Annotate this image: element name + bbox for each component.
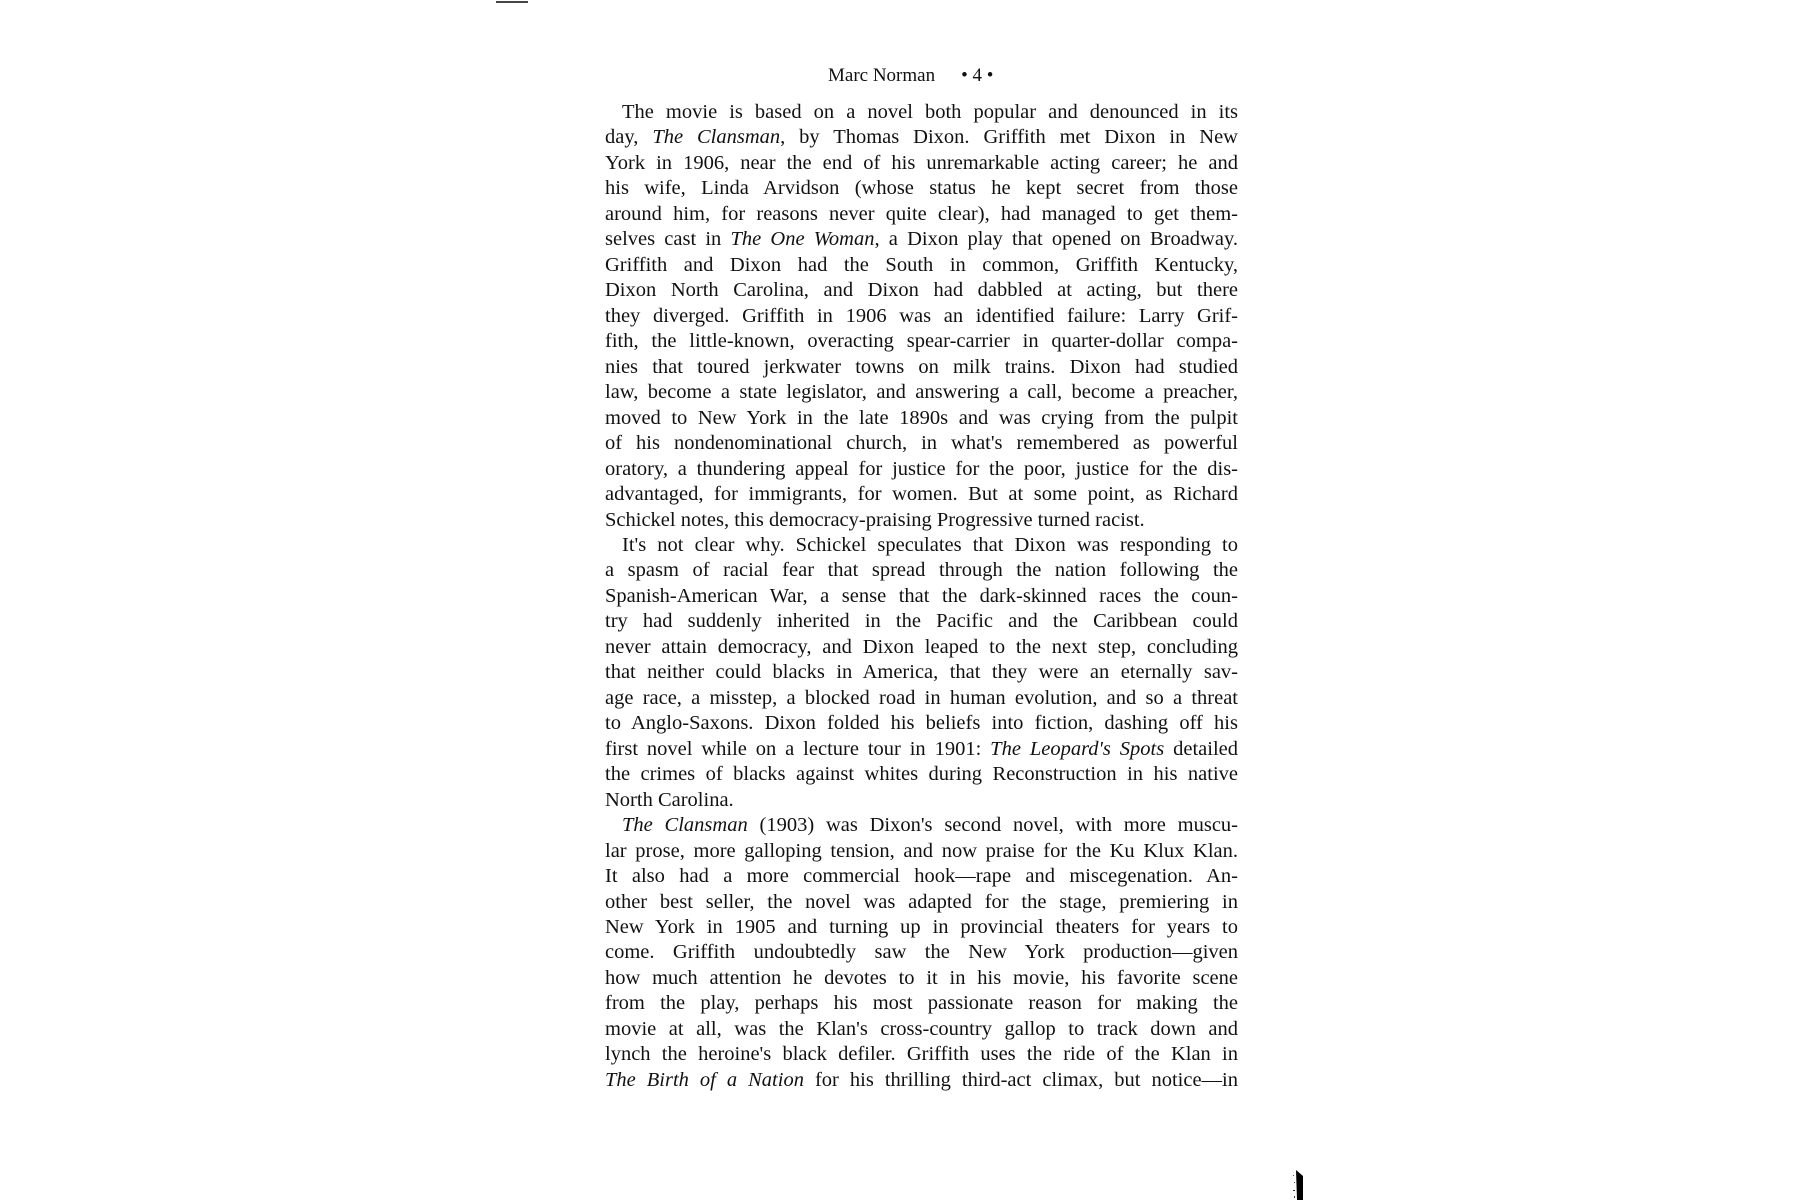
text-line: The movie is based on a novel both popul… xyxy=(605,100,1238,125)
text-run: detailed xyxy=(1164,738,1238,760)
text-run: The movie is based on a novel both popul… xyxy=(622,101,1238,123)
text-line: It also had a more commercial hook—rape … xyxy=(605,864,1238,889)
text-run: , by Thomas Dixon. Griffith met Dixon in… xyxy=(780,126,1238,148)
text-line: a spasm of racial fear that spread throu… xyxy=(605,558,1238,583)
text-run: other best seller, the novel was adapted… xyxy=(605,891,1238,913)
text-run: his wife, Linda Arvidson (whose status h… xyxy=(605,177,1238,199)
text-run: It's not clear why. Schickel speculates … xyxy=(622,534,1238,556)
text-run: selves cast in xyxy=(605,228,730,250)
text-run: , a Dixon play that opened on Broadway. xyxy=(874,228,1238,250)
text-run: North Carolina. xyxy=(605,789,734,811)
text-line: selves cast in The One Woman, a Dixon pl… xyxy=(605,227,1238,252)
italic-title: The Clansman xyxy=(622,814,748,836)
text-run: first novel while on a lecture tour in 1… xyxy=(605,738,990,760)
text-run: age race, a misstep, a blocked road in h… xyxy=(605,687,1238,709)
text-line: come. Griffith undoubtedly saw the New Y… xyxy=(605,940,1238,965)
text-run: for his thrilling third-act climax, but … xyxy=(804,1069,1238,1091)
text-run: how much attention he devotes to it in h… xyxy=(605,967,1238,989)
text-line: York in 1906, near the end of his unrema… xyxy=(605,151,1238,176)
text-run: to Anglo-Saxons. Dixon folded his belief… xyxy=(605,712,1238,734)
text-line: New York in 1905 and turning up in provi… xyxy=(605,915,1238,940)
text-run: of his nondenominational church, in what… xyxy=(605,432,1238,454)
text-line: first novel while on a lecture tour in 1… xyxy=(605,737,1238,762)
running-head-author: Marc Norman xyxy=(828,64,935,88)
text-run: around him, for reasons never quite clea… xyxy=(605,203,1238,225)
text-run: try had suddenly inherited in the Pacifi… xyxy=(605,610,1238,632)
text-line: from the play, perhaps his most passiona… xyxy=(605,991,1238,1016)
running-head: Marc Norman • 4 • xyxy=(828,64,1000,88)
text-run: York in 1906, near the end of his unrema… xyxy=(605,152,1238,174)
text-line: Schickel notes, this democracy-praising … xyxy=(605,508,1238,533)
text-line: law, become a state legislator, and answ… xyxy=(605,380,1238,405)
page-number: • 4 • xyxy=(961,64,993,88)
paragraph: The movie is based on a novel both popul… xyxy=(605,100,1238,533)
text-line: moved to New York in the late 1890s and … xyxy=(605,406,1238,431)
text-line: of his nondenominational church, in what… xyxy=(605,431,1238,456)
text-line: never attain democracy, and Dixon leaped… xyxy=(605,635,1238,660)
text-line: lar prose, more galloping tension, and n… xyxy=(605,839,1238,864)
text-line: to Anglo-Saxons. Dixon folded his belief… xyxy=(605,711,1238,736)
text-line: North Carolina. xyxy=(605,788,1238,813)
text-run: that neither could blacks in America, th… xyxy=(605,661,1238,683)
text-line: lynch the heroine's black defiler. Griff… xyxy=(605,1042,1238,1067)
text-run: New York in 1905 and turning up in provi… xyxy=(605,916,1238,938)
text-line: movie at all, was the Klan's cross-count… xyxy=(605,1017,1238,1042)
body-text: The movie is based on a novel both popul… xyxy=(605,100,1238,1093)
text-line: oratory, a thundering appeal for justice… xyxy=(605,457,1238,482)
italic-title: The Clansman xyxy=(652,126,780,148)
text-run: fith, the little-known, overacting spear… xyxy=(605,330,1238,352)
text-run: Schickel notes, this democracy-praising … xyxy=(605,509,1145,531)
text-line: his wife, Linda Arvidson (whose status h… xyxy=(605,176,1238,201)
text-run: law, become a state legislator, and answ… xyxy=(605,381,1238,403)
text-run: oratory, a thundering appeal for justice… xyxy=(605,458,1238,480)
text-line: Griffith and Dixon had the South in comm… xyxy=(605,253,1238,278)
text-line: The Birth of a Nation for his thrilling … xyxy=(605,1068,1238,1093)
text-run: from the play, perhaps his most passiona… xyxy=(605,992,1238,1014)
text-run: lynch the heroine's black defiler. Griff… xyxy=(605,1043,1238,1065)
text-line: advantaged, for immigrants, for women. B… xyxy=(605,482,1238,507)
text-run: moved to New York in the late 1890s and … xyxy=(605,407,1238,429)
text-line: The Clansman (1903) was Dixon's second n… xyxy=(605,813,1238,838)
text-run: lar prose, more galloping tension, and n… xyxy=(605,840,1238,862)
text-run: Spanish-American War, a sense that the d… xyxy=(605,585,1238,607)
italic-title: The One Woman xyxy=(730,228,874,250)
text-run: never attain democracy, and Dixon leaped… xyxy=(605,636,1238,658)
text-line: they diverged. Griffith in 1906 was an i… xyxy=(605,304,1238,329)
text-line: fith, the little-known, overacting spear… xyxy=(605,329,1238,354)
text-run: come. Griffith undoubtedly saw the New Y… xyxy=(605,941,1238,963)
scan-edge-rule xyxy=(496,1,528,3)
text-run: Dixon North Carolina, and Dixon had dabb… xyxy=(605,279,1238,301)
text-run: It also had a more commercial hook—rape … xyxy=(605,865,1238,887)
text-line: that neither could blacks in America, th… xyxy=(605,660,1238,685)
text-line: around him, for reasons never quite clea… xyxy=(605,202,1238,227)
text-run: day, xyxy=(605,126,652,148)
text-line: how much attention he devotes to it in h… xyxy=(605,966,1238,991)
text-line: try had suddenly inherited in the Pacifi… xyxy=(605,609,1238,634)
text-run: the crimes of blacks against whites duri… xyxy=(605,763,1238,785)
text-run: movie at all, was the Klan's cross-count… xyxy=(605,1018,1238,1040)
paragraph: The Clansman (1903) was Dixon's second n… xyxy=(605,813,1238,1093)
text-run: Griffith and Dixon had the South in comm… xyxy=(605,254,1238,276)
text-run: they diverged. Griffith in 1906 was an i… xyxy=(605,305,1238,327)
text-run: (1903) was Dixon's second novel, with mo… xyxy=(748,814,1238,836)
text-line: nies that toured jerkwater towns on milk… xyxy=(605,355,1238,380)
scan-artifact-mark xyxy=(1293,1170,1303,1200)
paragraph: It's not clear why. Schickel speculates … xyxy=(605,533,1238,813)
text-run: nies that toured jerkwater towns on milk… xyxy=(605,356,1238,378)
text-run: advantaged, for immigrants, for women. B… xyxy=(605,483,1238,505)
text-line: It's not clear why. Schickel speculates … xyxy=(605,533,1238,558)
text-line: age race, a misstep, a blocked road in h… xyxy=(605,686,1238,711)
italic-title: The Birth of a Nation xyxy=(605,1069,804,1091)
text-run: a spasm of racial fear that spread throu… xyxy=(605,559,1238,581)
italic-title: The Leopard's Spots xyxy=(990,738,1164,760)
text-line: day, The Clansman, by Thomas Dixon. Grif… xyxy=(605,125,1238,150)
text-line: Dixon North Carolina, and Dixon had dabb… xyxy=(605,278,1238,303)
text-line: the crimes of blacks against whites duri… xyxy=(605,762,1238,787)
text-line: other best seller, the novel was adapted… xyxy=(605,890,1238,915)
text-line: Spanish-American War, a sense that the d… xyxy=(605,584,1238,609)
